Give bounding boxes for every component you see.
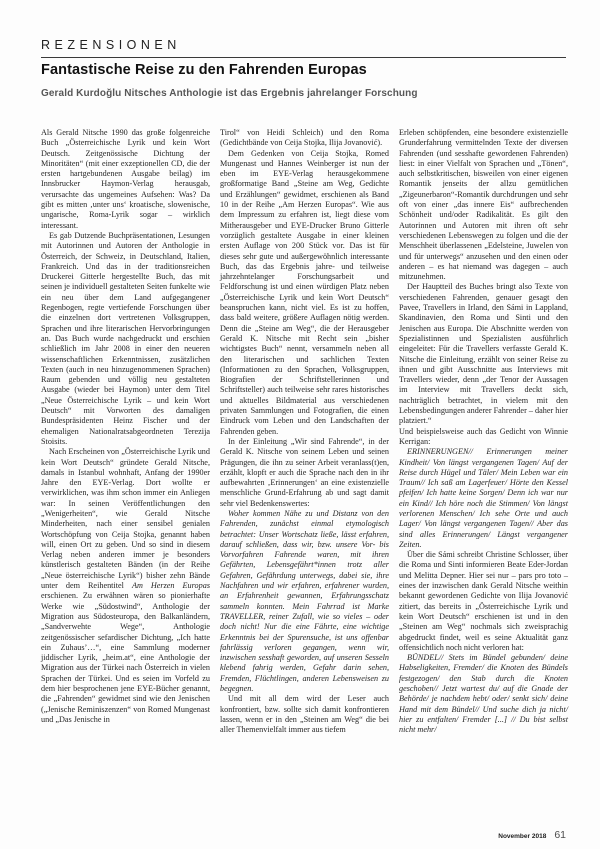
column-3: Erleben schöpfenden, eine besondere exis… [399, 128, 568, 736]
section-label: REZENSIONEN [41, 38, 181, 52]
paragraph: Dem Gedenken von Ceija Stojka, Romed Mun… [220, 149, 389, 437]
poem-jovanovic: BÜNDEL// Stets im Bündel gebunden/ deine… [399, 653, 568, 735]
magazine-page: REZENSIONEN Fantastische Reise zu den Fa… [0, 0, 600, 849]
paragraph: Erleben schöpfenden, eine besondere exis… [399, 128, 568, 282]
paragraph: In der Einleitung „Wir sind Fahrende“, i… [220, 437, 389, 509]
issue-date: November 2018 [498, 833, 546, 840]
paragraph: Es gab Dutzende Buchpräsentationen, Lesu… [41, 231, 210, 447]
page-footer: November 2018 61 [498, 829, 566, 841]
paragraph: Nach Erscheinen von „Österreichische Lyr… [41, 447, 210, 725]
paragraph: Und mit all dem wird der Leser auch konf… [220, 694, 389, 735]
paragraph: Tirol“ von Heidi Schleich) und den Roma … [220, 128, 389, 149]
page-number: 61 [554, 829, 566, 841]
paragraph: Und beispielsweise auch das Gedicht von … [399, 427, 568, 448]
article-title: Fantastische Reise zu den Fahrenden Euro… [41, 62, 367, 78]
paragraph: Der Hauptteil des Buches bringt also Tex… [399, 282, 568, 426]
quoted-passage: Woher kommen Nähe zu und Distanz von den… [220, 509, 389, 694]
series-title: Am Herzen Europas [132, 581, 210, 590]
paragraph: Als Gerald Nitsche 1990 das große folgen… [41, 128, 210, 231]
paragraph-text: Nach Erscheinen von „Österreichische Lyr… [41, 447, 210, 590]
article-subtitle: Gerald Kurdoğlu Nitsches Anthologie ist … [41, 88, 418, 99]
section-divider [41, 57, 566, 58]
article-body: Als Gerald Nitsche 1990 das große folgen… [41, 128, 568, 736]
column-2: Tirol“ von Heidi Schleich) und den Roma … [220, 128, 389, 736]
poem-kerrigan: ERINNERUNGEN// Erinnerungen meiner Kindh… [399, 447, 568, 550]
paragraph: Über die Sámi schreibt Christine Schloss… [399, 550, 568, 653]
paragraph-text: erschienen. Zu erwähnen wären so pionier… [41, 591, 210, 724]
column-1: Als Gerald Nitsche 1990 das große folgen… [41, 128, 210, 736]
